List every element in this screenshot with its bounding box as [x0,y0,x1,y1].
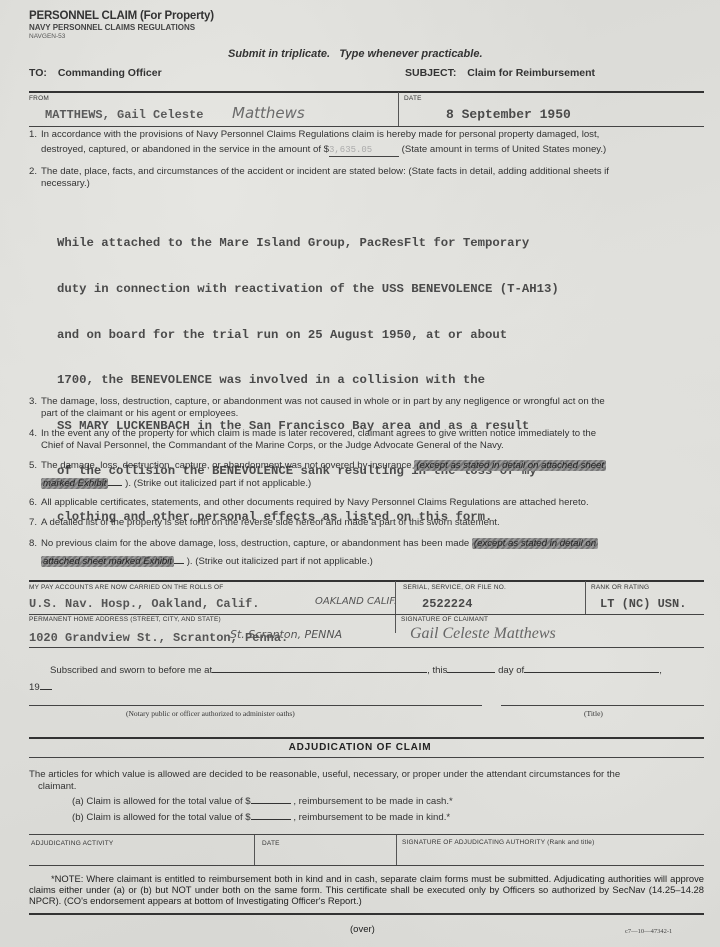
divider [29,757,704,758]
sworn-place-field[interactable] [212,664,427,673]
to-value: Commanding Officer [58,67,162,79]
divider [254,835,255,865]
sworn-statement: Subscribed and sworn to before me at, th… [50,664,662,677]
sworn-year-field[interactable] [40,681,52,690]
subject-line: SUBJECT: Claim for Reimbursement [405,67,595,79]
cash-amount-field[interactable] [251,795,291,804]
divider [585,581,586,614]
date-value[interactable]: 8 September 1950 [446,107,571,122]
divider [29,580,704,582]
struck-out-clause: attached sheet marked Exhibit [41,556,174,567]
divider [29,737,704,739]
notary-title-line[interactable] [501,705,704,706]
item-6: 6.All applicable certificates, statement… [29,497,709,509]
adjudication-intro: The articles for which value is allowed … [29,769,709,793]
item-1: 1.In accordance with the provisions of N… [29,129,709,157]
item-7: 7.A detailed list of the property is set… [29,517,709,529]
option-a: (a) Claim is allowed for the total value… [72,795,453,808]
form-code: NAVGEN-53 [29,33,214,40]
item-4: 4.In the event any of the property for w… [29,428,709,452]
divider [29,865,704,866]
divider [29,834,704,835]
form-header: PERSONNEL CLAIM (For Property) NAVY PERS… [29,10,214,40]
divider [29,91,704,93]
home-address-handwritten[interactable]: St. Scranton, PENNA [230,628,342,641]
item-3: 3.The damage, loss, destruction, capture… [29,396,709,420]
regulations-title: NAVY PERSONNEL CLAIMS REGULATIONS [29,23,214,32]
title-caption: (Title) [584,709,603,718]
claimant-signature[interactable]: Gail Celeste Matthews [410,625,556,643]
claim-amount[interactable]: 3,635.05 [329,144,399,157]
from-name-typed[interactable]: MATTHEWS, Gail Celeste [45,108,203,122]
print-code: c7—10—47342-1 [625,928,672,935]
date-label: DATE [404,95,422,102]
option-b: (b) Claim is allowed for the total value… [72,811,450,824]
item-1-text: In accordance with the provisions of Nav… [41,129,599,140]
sworn-day-field[interactable] [447,664,495,673]
adjudicating-activity-field[interactable]: ADJUDICATING ACTIVITY [31,840,113,847]
footer-note: *NOTE: Where claimant is entitled to rei… [29,873,704,906]
adjudicating-authority-field[interactable]: SIGNATURE OF ADJUDICATING AUTHORITY (Ran… [402,839,594,846]
adjudication-date-field[interactable]: DATE [262,840,280,847]
struck-out-clause: marked Exhibit [41,478,108,489]
divider [29,913,704,915]
serial-label: SERIAL, SERVICE, OR FILE NO. [403,584,506,591]
from-name-handwritten[interactable]: Matthews [232,104,305,122]
to-label: TO: [29,67,47,79]
adjudication-heading: ADJUDICATION OF CLAIM [0,742,720,753]
signature-label: SIGNATURE OF CLAIMANT [401,616,488,623]
item-2: 2.The date, place, facts, and circumstan… [29,166,709,190]
serial-value[interactable]: 2522224 [422,597,472,611]
home-address-label: PERMANENT HOME ADDRESS (Street, city, an… [29,616,221,623]
struck-out-clause: (except as stated in detail on [472,538,598,549]
over-label: (over) [350,924,375,935]
divider [398,92,399,126]
notary-signature-line[interactable] [29,705,482,706]
notary-caption: (Notary public or officer authorized to … [126,709,295,718]
sworn-month-field[interactable] [524,664,659,673]
item-5: 5.The damage, loss, destruction, capture… [29,460,719,490]
struck-out-clause: (except as stated in detail on attached … [414,460,606,471]
divider [29,614,704,615]
submission-instruction: Submit in triplicate. Type whenever prac… [228,48,483,60]
subject-label: SUBJECT: [405,67,456,79]
rank-value[interactable]: LT (NC) USN. [600,597,686,611]
from-label: FROM [29,95,49,102]
to-line: TO: Commanding Officer [29,67,162,79]
divider [29,126,704,127]
form-title: PERSONNEL CLAIM (For Property) [29,10,214,22]
item-8: 8.No previous claim for the above damage… [29,538,719,568]
divider [29,647,704,648]
divider [395,581,396,633]
incident-narrative[interactable]: While attached to the Mare Island Group,… [57,206,559,540]
sworn-year: 19 [29,681,52,694]
pay-accounts-typed[interactable]: U.S. Nav. Hosp., Oakland, Calif. [29,597,259,611]
pay-accounts-handwritten[interactable]: OAKLAND CALIF. [315,596,397,607]
subject-value: Claim for Reimbursement [467,67,595,79]
kind-amount-field[interactable] [251,811,291,820]
rank-label: RANK OR RATING [591,584,649,591]
pay-accounts-label: MY PAY ACCOUNTS ARE NOW CARRIED ON THE R… [29,584,223,591]
divider [396,835,397,865]
